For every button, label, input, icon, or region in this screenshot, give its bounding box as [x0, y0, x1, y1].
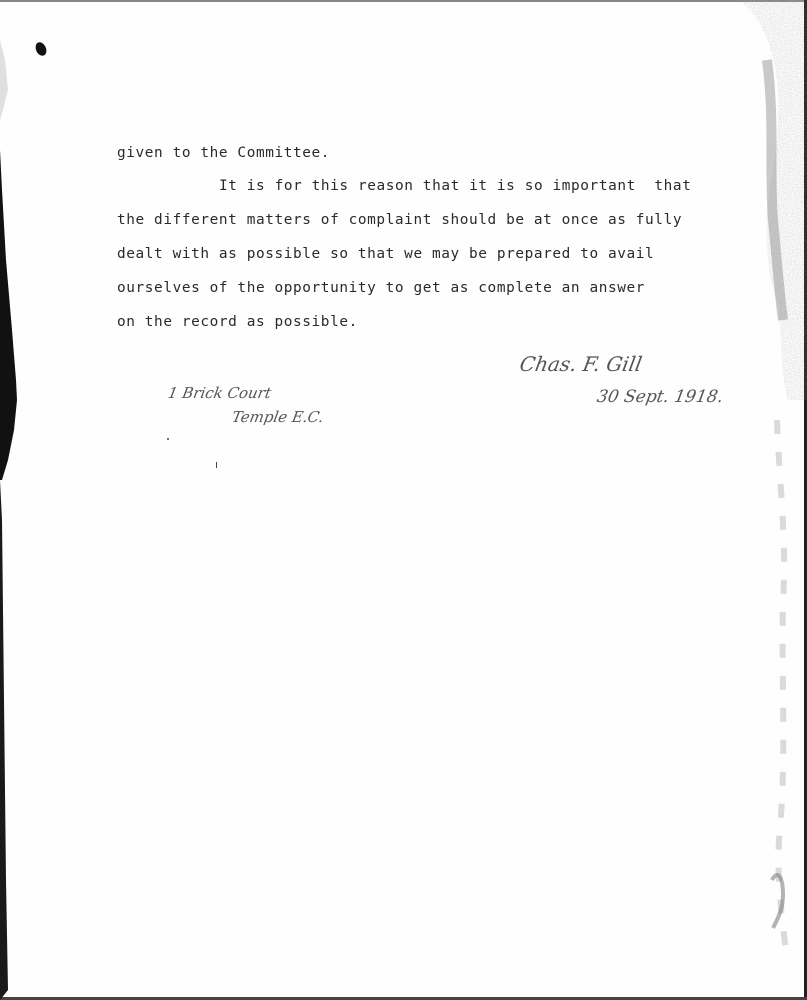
- ink-speck: [167, 438, 169, 440]
- signature-date: 30 Sept. 1918.: [596, 389, 725, 406]
- address-line-1: 1 Brick Court: [167, 386, 273, 401]
- body-line-3: the different matters of complaint shoul…: [117, 213, 682, 227]
- address-line-2: Temple E.C.: [231, 410, 325, 425]
- body-line-4: dealt with as possible so that we may be…: [117, 247, 654, 261]
- scan-top-edge: [0, 0, 807, 2]
- body-line-5: ourselves of the opportunity to get as c…: [117, 281, 645, 295]
- body-line-6: on the record as possible.: [117, 315, 358, 329]
- scan-left-shadow: [0, 0, 20, 1000]
- paper-stain: [717, 0, 807, 1000]
- signature-name: Chas. F. Gill: [518, 354, 643, 374]
- punch-mark: [34, 41, 49, 58]
- body-line-1: given to the Committee.: [117, 146, 330, 160]
- body-line-2: It is for this reason that it is so impo…: [219, 179, 691, 193]
- document-page: given to the Committee. It is for this r…: [0, 0, 807, 1000]
- ink-speck: [216, 462, 217, 468]
